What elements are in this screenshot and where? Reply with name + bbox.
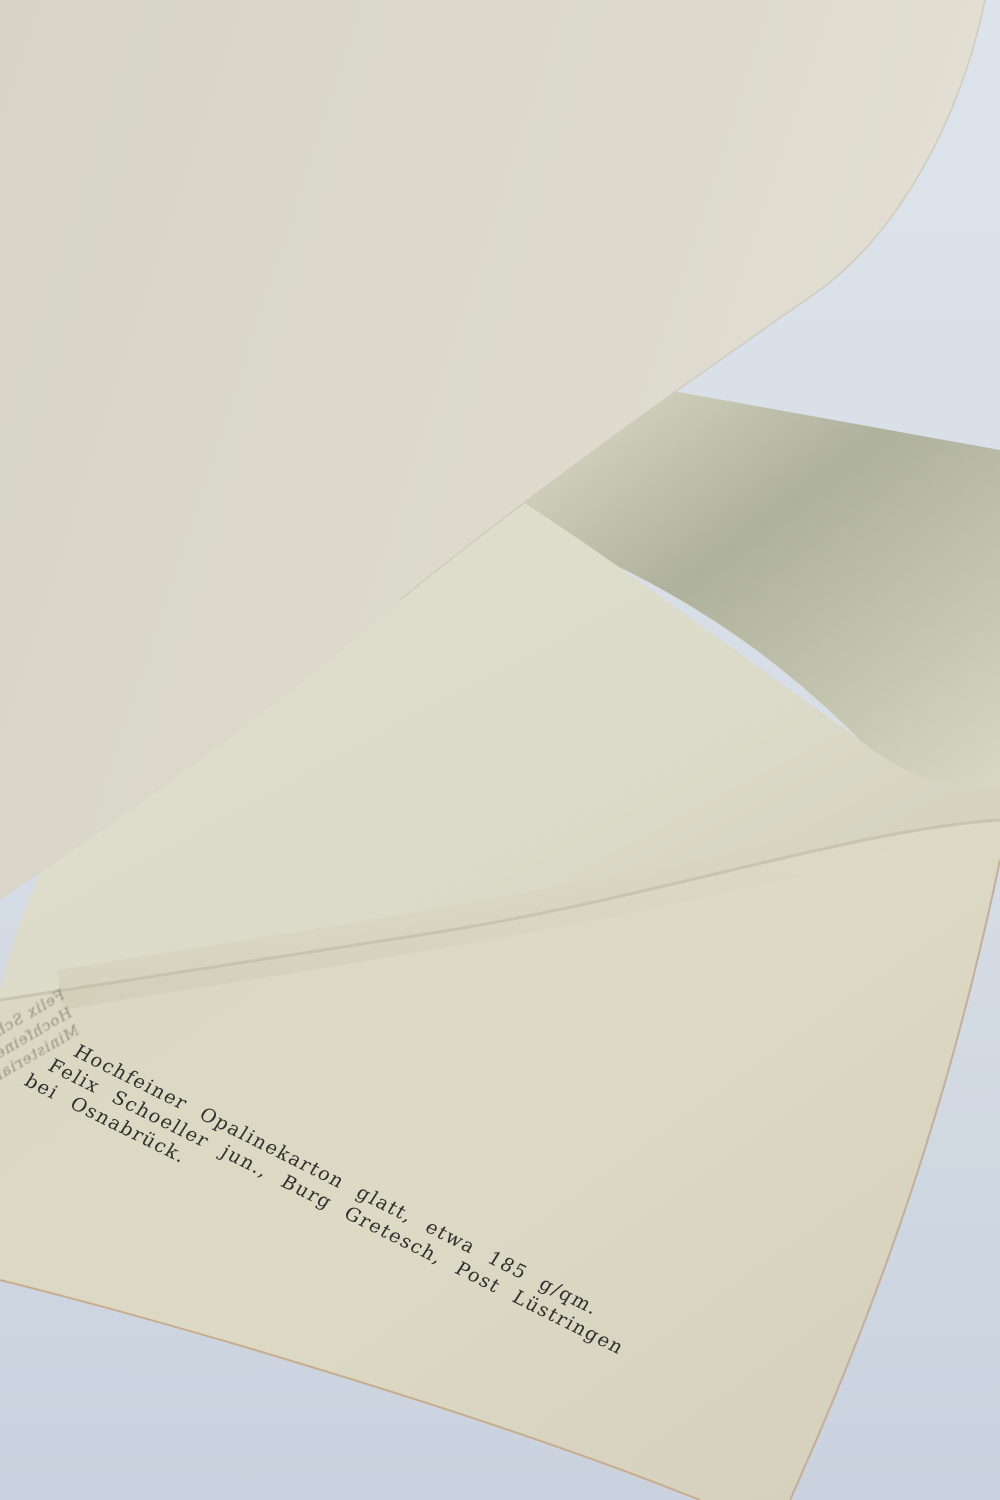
photo-scene: Felix Schoeller jun., Burg Gretesch, Pos… <box>0 0 1000 1500</box>
